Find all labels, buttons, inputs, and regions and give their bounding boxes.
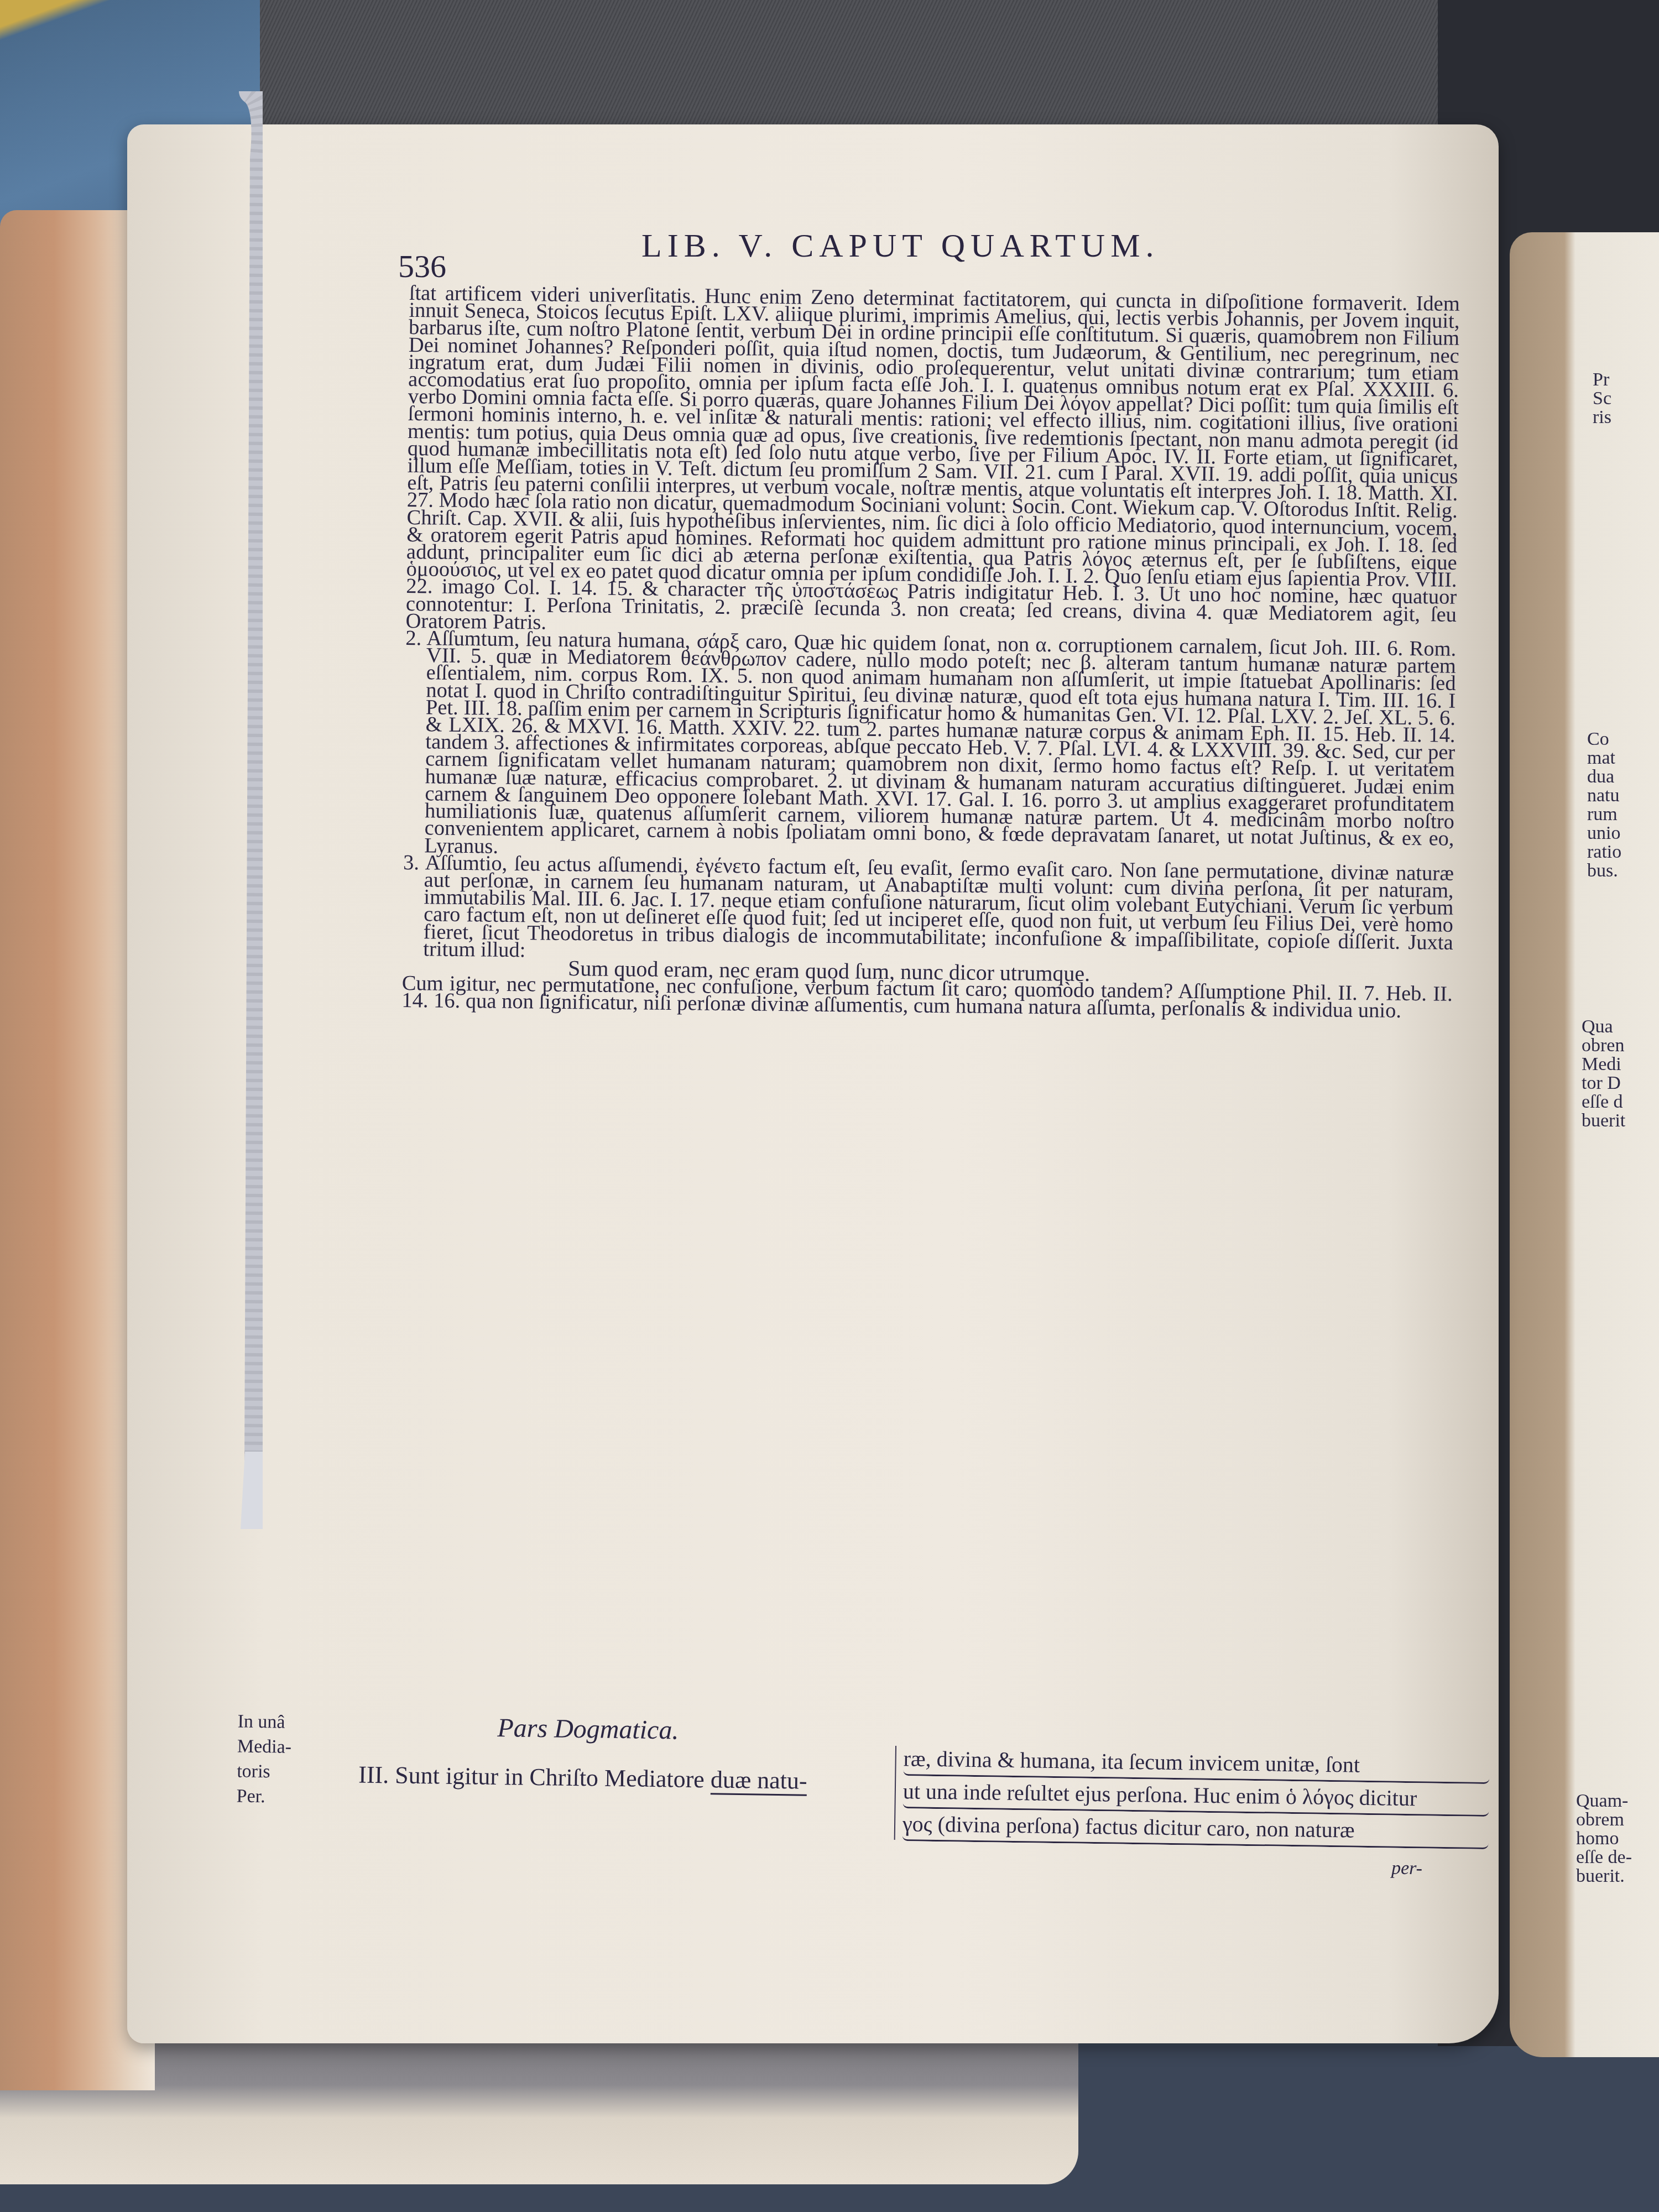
paragraph-intro: ſtat artificem videri univerſitatis. Hun… xyxy=(405,285,1459,641)
paragraph-III-continuation: ræ, divina & humana, ita ſecum invicem u… xyxy=(902,1743,1490,1849)
catchword: per- xyxy=(1391,1858,1422,1880)
bookmark-ribbon xyxy=(218,91,263,1529)
page-body: ſtat artificem videri univerſitatis. Hun… xyxy=(401,285,1460,1020)
underlined-phrase: duæ natu- xyxy=(710,1766,807,1796)
facing-page: Pr Sc ris Co mat dua natu rum unio ratio… xyxy=(1510,232,1659,2057)
page-number: 536 xyxy=(398,248,446,285)
facing-margin-note-4: Quam- obrem homo eſſe de- buerit. xyxy=(1576,1792,1632,1886)
facing-margin-note-3: Qua obren Medi tor D eſſe d buerit xyxy=(1582,1018,1625,1130)
section-title: Pars Dogmatica. xyxy=(497,1713,679,1746)
paragraph-III-text: III. Sunt igitur in Chriſto Mediatore xyxy=(358,1761,705,1793)
margin-note: In unâ Media-toris Per. xyxy=(236,1709,304,1809)
paragraph-2-assumtum: 2. Aſſumtum, ſeu natura humana, σάρξ car… xyxy=(403,630,1456,865)
running-head: LIB. V. CAPUT QUARTUM. xyxy=(641,227,1160,265)
facing-margin-note-2: Co mat dua natu rum unio ratio bus. xyxy=(1587,730,1621,880)
lower-page-stack xyxy=(0,2018,1078,2184)
paragraph-3-assumtio: 3. Aſſumtio, ſeu actus aſſumendi, ἐγένετ… xyxy=(402,854,1454,969)
facing-margin-note-1: Pr Sc ris xyxy=(1593,371,1611,427)
